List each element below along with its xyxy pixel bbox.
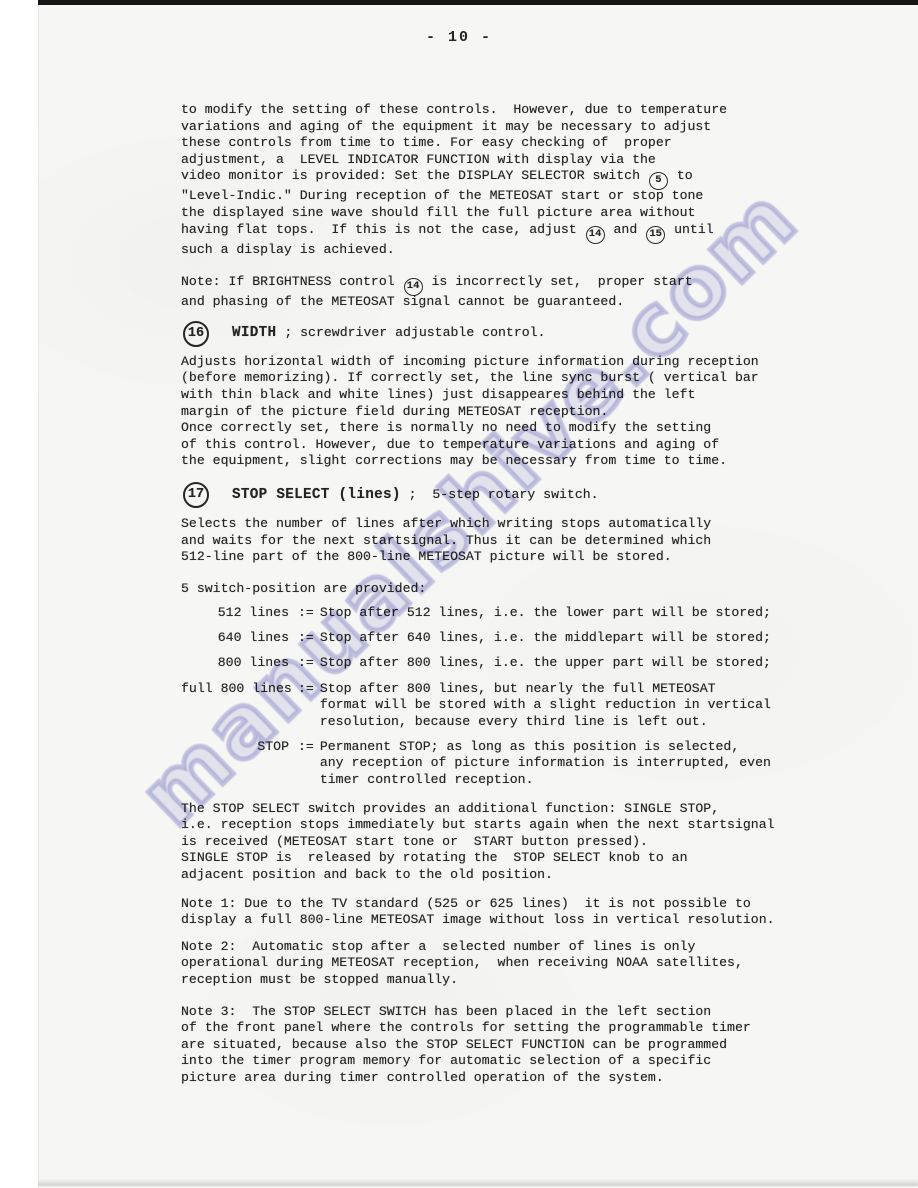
paragraph-stop-select: Selects the number of lines after which … <box>181 516 806 566</box>
position-def: Stop after 512 lines, i.e. the lower par… <box>320 605 806 622</box>
note-3: Note 3: The STOP SELECT SWITCH has been … <box>181 1004 806 1087</box>
position-op: := <box>298 739 314 789</box>
position-term: STOP <box>181 739 289 789</box>
control-subtitle-stop-select: ; 5-step rotary switch. <box>401 487 599 502</box>
stop-select-position-row: 800 lines:=Stop after 800 lines, i.e. th… <box>181 655 806 672</box>
position-def: Permanent STOP; as long as this position… <box>320 739 806 789</box>
circled-ref-15: 15 <box>646 226 665 244</box>
control-heading-16-text: WIDTH ; screwdriver adjustable control. <box>232 325 545 342</box>
position-op: := <box>298 681 314 731</box>
note-2: Note 2: Automatic stop after a selected … <box>181 939 806 989</box>
position-def: Stop after 800 lines, but nearly the ful… <box>320 681 806 731</box>
scan-top-bar <box>38 0 918 5</box>
circled-ref-14: 14 <box>586 226 605 244</box>
position-op: := <box>298 630 314 647</box>
stop-select-positions: 512 lines:=Stop after 512 lines, i.e. th… <box>181 605 806 788</box>
circled-ref-5: 5 <box>649 172 668 190</box>
page-number: - 10 - <box>0 29 918 46</box>
paragraph-intro: to modify the setting of these controls.… <box>181 102 806 258</box>
position-term: 800 lines <box>181 655 289 672</box>
control-heading-16: 16 WIDTH ; screwdriver adjustable contro… <box>181 321 806 347</box>
stop-select-position-row: 640 lines:=Stop after 640 lines, i.e. th… <box>181 630 806 647</box>
position-def: Stop after 640 lines, i.e. the middlepar… <box>320 630 806 647</box>
page-content: to modify the setting of these controls.… <box>181 102 806 1087</box>
stop-select-position-row: STOP:=Permanent STOP; as long as this po… <box>181 739 806 789</box>
position-term: 640 lines <box>181 630 289 647</box>
circled-number-17: 17 <box>183 482 209 508</box>
control-heading-17: 17 STOP SELECT (lines) ; 5-step rotary s… <box>181 482 806 508</box>
note-brightness: Note: If BRIGHTNESS control 14 is incorr… <box>181 274 806 311</box>
position-op: := <box>298 655 314 672</box>
position-op: := <box>298 605 314 622</box>
scan-bottom-strip <box>38 1179 918 1186</box>
switch-positions-intro: 5 switch-position are provided: <box>181 581 806 598</box>
control-title-width: WIDTH <box>232 325 276 341</box>
circled-number-16: 16 <box>183 321 209 347</box>
position-term: 512 lines <box>181 605 289 622</box>
position-term: full 800 lines <box>181 681 289 731</box>
control-heading-17-text: STOP SELECT (lines) ; 5-step rotary swit… <box>232 487 599 504</box>
paragraph-width-adjust: Adjusts horizontal width of incoming pic… <box>181 354 806 470</box>
stop-select-position-row: full 800 lines:=Stop after 800 lines, bu… <box>181 681 806 731</box>
position-def: Stop after 800 lines, i.e. the upper par… <box>320 655 806 672</box>
paragraph-single-stop: The STOP SELECT switch provides an addit… <box>181 801 806 884</box>
note-1: Note 1: Due to the TV standard (525 or 6… <box>181 896 806 929</box>
stop-select-position-row: 512 lines:=Stop after 512 lines, i.e. th… <box>181 605 806 622</box>
control-title-stop-select: STOP SELECT (lines) <box>232 487 401 503</box>
circled-ref-14: 14 <box>404 278 423 296</box>
control-subtitle-width: ; screwdriver adjustable control. <box>276 325 545 340</box>
